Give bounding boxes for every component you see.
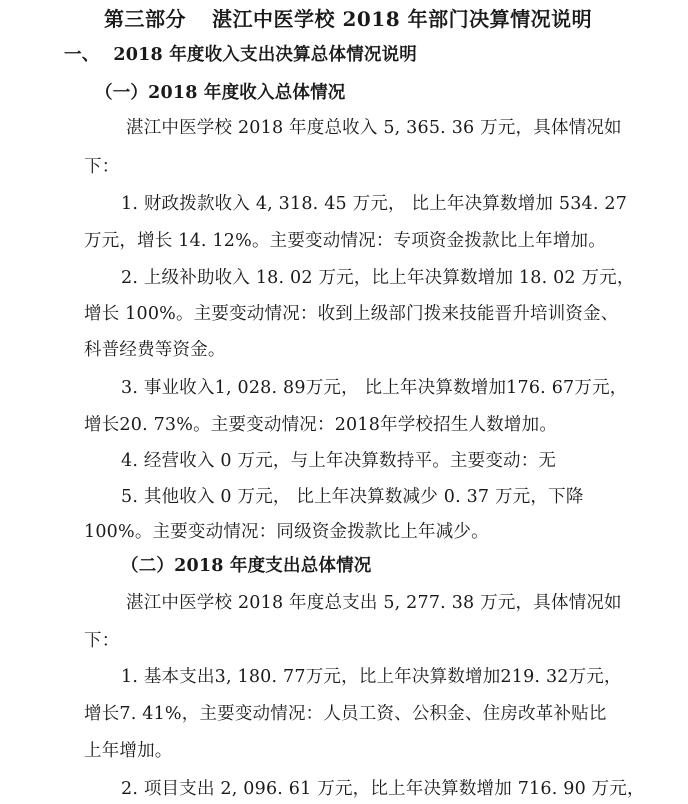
income-item-4-line1: 4. 经营收入 0 万元，与上年决算数持平。主要变动：无: [121, 450, 556, 472]
income-item-3-line1: 3. 事业收入1, 028. 89万元， 比上年决算数增加176. 67万元，: [121, 377, 627, 399]
expenditure-intro-line1: 湛江中医学校 2018 年度总支出 5, 277. 38 万元，具体情况如: [126, 592, 622, 614]
income-item-2-line2: 增长 100%。主要变动情况：收到上级部门拨来技能晋升培训资金、: [84, 303, 619, 325]
income-heading: （一）2018 年度收入总体情况: [95, 82, 346, 104]
expenditure-item-1-line1: 1. 基本支出3, 180. 77万元，比上年决算数增加219. 32万元，: [121, 666, 622, 688]
income-intro-line1: 湛江中医学校 2018 年度总收入 5, 365. 36 万元，具体情况如: [126, 117, 622, 139]
income-intro-line2: 下：: [84, 156, 119, 178]
expenditure-intro-line2: 下：: [84, 630, 119, 652]
income-item-1-line2: 万元，增长 14. 12%。主要变动情况：专项资金拨款比上年增加。: [84, 230, 606, 252]
expenditure-heading: （二）2018 年度支出总体情况: [121, 555, 372, 577]
page-title: 第三部分湛江中医学校 2018 年部门决算情况说明: [104, 6, 592, 32]
income-item-5-line2: 100%。主要变动情况：同级资金拨款比上年减少。: [84, 521, 489, 543]
income-item-2-line3: 科普经费等资金。: [84, 339, 226, 361]
income-item-2-line1: 2. 上级补助收入 18. 02 万元，比上年决算数增加 18. 02 万元，: [121, 267, 635, 289]
income-item-1-line1: 1. 财政拨款收入 4, 318. 45 万元， 比上年决算数增加 534. 2…: [121, 193, 627, 215]
title-part: 第三部分: [104, 7, 186, 31]
section-heading-text: 2018 年度收入支出决算总体情况说明: [113, 45, 417, 65]
title-name: 湛江中医学校 2018 年部门决算情况说明: [212, 7, 592, 31]
income-item-5-line1: 5. 其他收入 0 万元， 比上年决算数减少 0. 37 万元，下降: [121, 486, 584, 508]
section-marker: 一、: [64, 45, 99, 65]
expenditure-item-1-line3: 上年增加。: [84, 740, 173, 762]
expenditure-item-1-line2: 增长7. 41%，主要变动情况：人员工资、公积金、住房改革补贴比: [84, 703, 607, 725]
expenditure-item-2-line1: 2. 项目支出 2, 096. 61 万元，比上年决算数增加 716. 90 万…: [121, 778, 645, 800]
income-item-3-line2: 增长20. 73%。主要变动情况：2018年学校招生人数增加。: [84, 414, 557, 436]
section-heading: 一、2018 年度收入支出决算总体情况说明: [64, 44, 417, 66]
